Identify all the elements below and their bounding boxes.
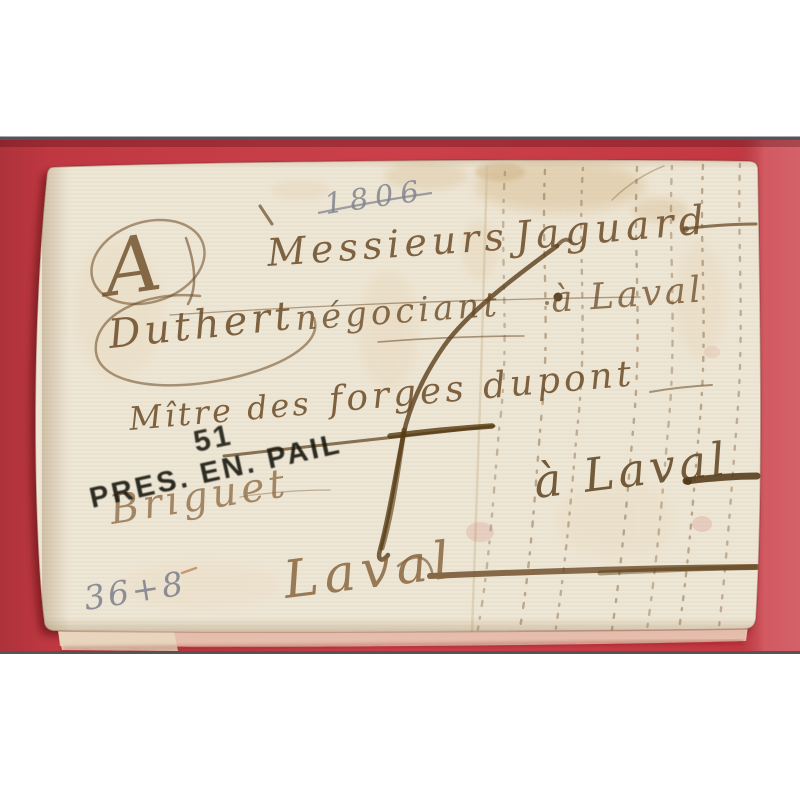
paper-bottom-edge-shading bbox=[42, 617, 762, 631]
paper-left-edge-shading bbox=[42, 164, 70, 631]
letter-paper: A Messieurs Jaguard Duthert négociant à … bbox=[35, 155, 765, 640]
top-white-band bbox=[0, 0, 800, 137]
bottom-white-band bbox=[0, 654, 800, 800]
red-seal-showthrough bbox=[466, 522, 494, 542]
photo-of-antique-letter: A Messieurs Jaguard Duthert négociant à … bbox=[0, 0, 800, 800]
red-mat-top-shadow bbox=[0, 140, 800, 147]
top-frame-line bbox=[0, 137, 800, 141]
bottom-frame-line bbox=[0, 651, 800, 655]
